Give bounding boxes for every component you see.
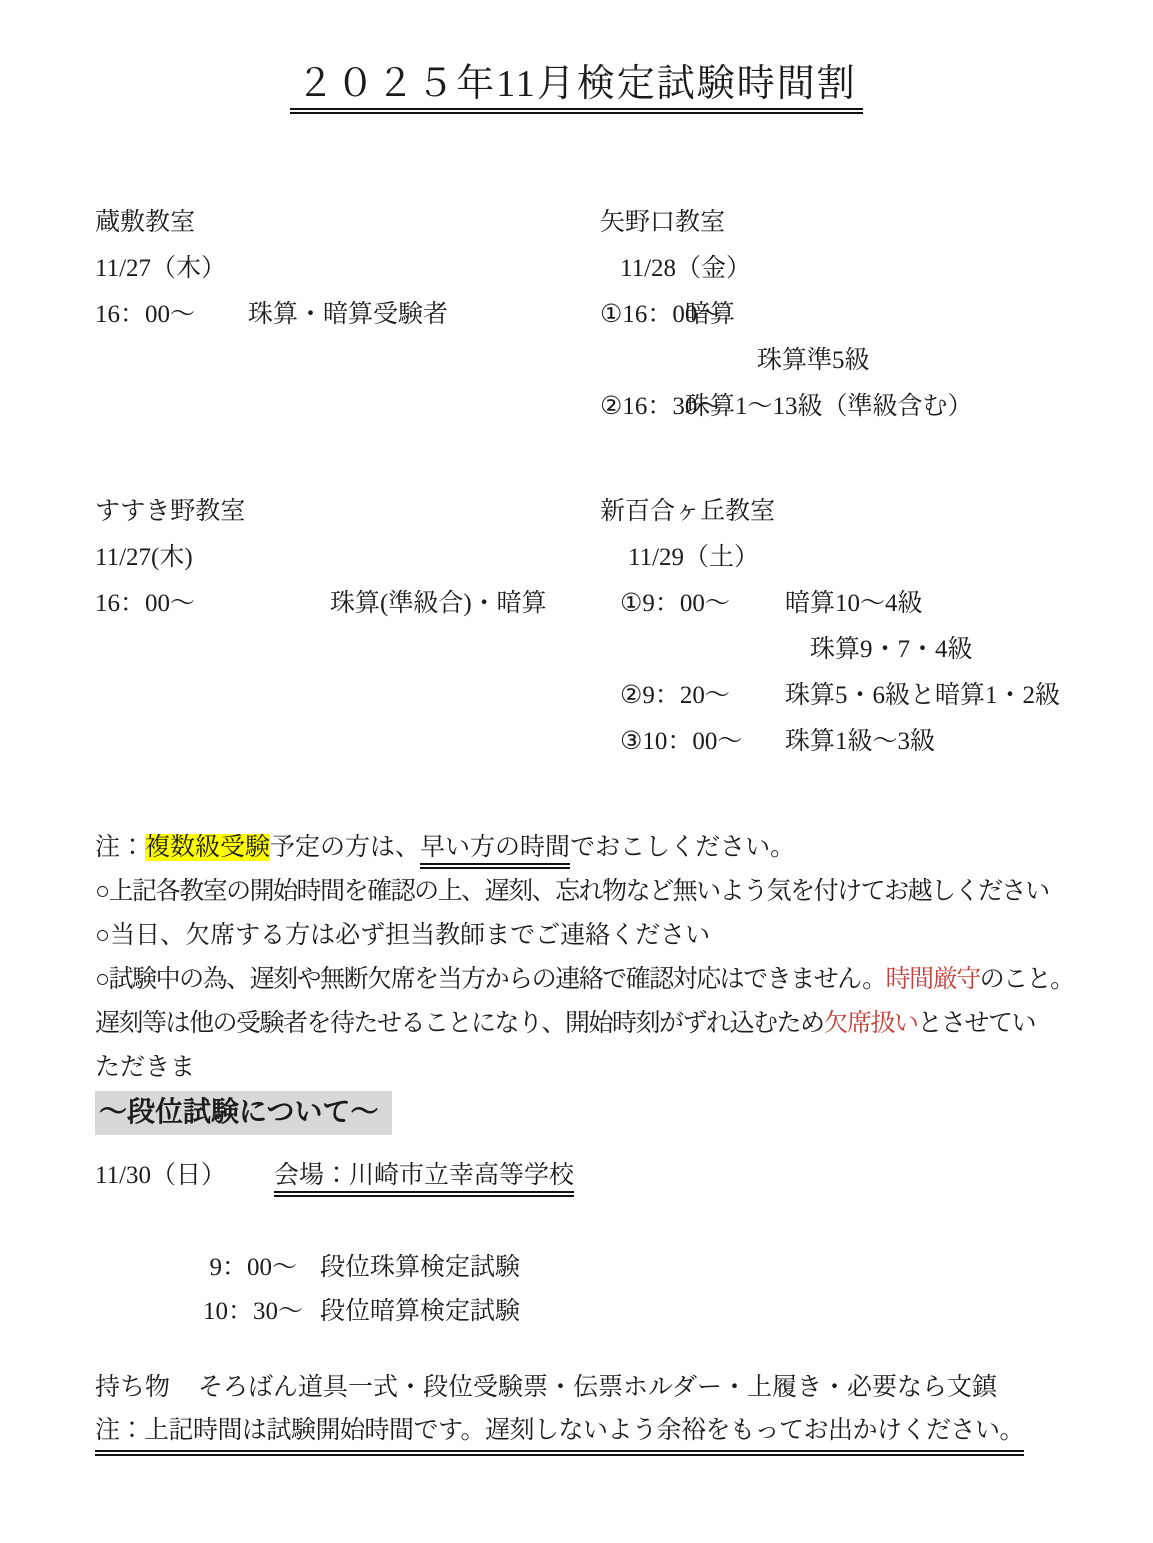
belongings-label: 持ち物: [95, 1374, 170, 1401]
note-line-multiple-grades: 注：複数級受験予定の方は、早い方の時間でおこしください。: [95, 826, 1115, 870]
time-label: 9：00～: [203, 1246, 297, 1290]
subject-label: 段位暗算検定試験: [320, 1290, 520, 1334]
note-suffix: でおこしください。: [570, 834, 795, 861]
note-prefix: 注：: [95, 834, 145, 861]
note-text: 遅刻等は他の受験者を待たせることになり、開始時刻がずれ込むため: [95, 1010, 824, 1037]
time-label: 16：00～: [95, 581, 330, 627]
time-label: ①16：00～: [600, 292, 685, 338]
dan-venue: 会場：川崎市立幸高等学校: [274, 1160, 574, 1197]
schedule-grid-bottom: すすき野教室 11/27(木) 16：00～ 珠算(準級合)・暗算 新百合ヶ丘教…: [95, 489, 1113, 765]
subject-label: 珠算・暗算受験者: [248, 292, 448, 338]
subject-label: 珠算1～13級（準級含む）: [685, 384, 973, 430]
classroom-block-susukino: すすき野教室 11/27(木) 16：00～ 珠算(準級合)・暗算: [95, 489, 600, 765]
subject-label: 暗算10～4級: [785, 581, 923, 627]
classroom-name: 新百合ヶ丘教室: [600, 489, 1113, 535]
classroom-block-yanokuchi: 矢野口教室 11/28（金） ①16：00～ 暗算 珠算準5級 ②16：30～ …: [600, 200, 1113, 430]
note-line-continuation: ただきま: [95, 1046, 1115, 1090]
schedule-grid-top: 蔵敷教室 11/27（木） 16：00～ 珠算・暗算受験者 矢野口教室 11/2…: [95, 200, 1113, 430]
time-label: 10：30～: [203, 1290, 297, 1334]
schedule-row: ②16：30～ 珠算1～13級（準級含む）: [600, 384, 1113, 430]
document-page: ２０２５年11月検定試験時間割 蔵敷教室 11/27（木） 16：00～ 珠算・…: [0, 0, 1153, 1543]
classroom-name: 蔵敷教室: [95, 200, 600, 246]
classroom-name: すすき野教室: [95, 489, 600, 535]
note-line-lateness: 遅刻等は他の受験者を待たせることになり、開始時刻がずれ込むため欠席扱いとさせてい: [95, 1002, 1115, 1046]
schedule-row: ③10：00～ 珠算1級～3級: [600, 719, 1113, 765]
schedule-row: ②9：20～ 珠算5・6級と暗算1・2級: [600, 673, 1113, 719]
yellow-highlight-text: 複数級受験: [145, 834, 270, 861]
dan-time-row: 9：00～ 段位珠算検定試験: [203, 1246, 520, 1290]
time-label: 16：00～: [95, 292, 248, 338]
dan-times-block: 9：00～ 段位珠算検定試験 10：30～ 段位暗算検定試験: [203, 1246, 520, 1334]
dan-date: 11/30（日）: [95, 1162, 226, 1189]
note-line-absence-contact: ○当日、欠席する方は必ず担当教師までご連絡ください: [95, 914, 1115, 958]
classroom-name: 矢野口教室: [600, 200, 1113, 246]
note-line-punctuality: ○試験中の為、遅刻や無断欠席を当方からの連絡で確認対応はできません。時間厳守のこ…: [95, 958, 1115, 1002]
dan-time-row: 10：30～ 段位暗算検定試験: [203, 1290, 520, 1334]
time-label: ②16：30～: [600, 384, 685, 430]
note-text: とさせてい: [918, 1010, 1036, 1037]
classroom-block-shinyurigaoka: 新百合ヶ丘教室 11/29（土） ①9：00～ 暗算10～4級 珠算9・7・4級…: [600, 489, 1113, 765]
subject-label: 珠算9・7・4級: [600, 627, 1113, 673]
belongings-text: そろばん道具一式・段位受験票・伝票ホルダー・上履き・必要なら文鎮: [198, 1374, 997, 1401]
classroom-date: 11/27（木）: [95, 246, 600, 292]
note-text: のこと。: [980, 966, 1074, 993]
notes-section: 注：複数級受験予定の方は、早い方の時間でおこしください。 ○上記各教室の開始時間…: [95, 826, 1115, 1138]
subject-label: 暗算: [685, 292, 735, 338]
dan-section-heading-line: ～段位試験について～: [95, 1090, 1115, 1138]
schedule-row: ①9：00～ 暗算10～4級: [600, 581, 1113, 627]
dan-section-heading: ～段位試験について～: [95, 1091, 392, 1135]
subject-label: 珠算1級～3級: [785, 719, 935, 765]
subject-label: 段位珠算検定試験: [320, 1246, 520, 1290]
subject-label: 珠算5・6級と暗算1・2級: [785, 673, 1060, 719]
schedule-row: 16：00～ 珠算(準級合)・暗算: [95, 581, 600, 627]
note-text: ○試験中の為、遅刻や無断欠席を当方からの連絡で確認対応はできません。: [95, 966, 886, 993]
note-line-start-time: ○上記各教室の開始時間を確認の上、遅刻、忘れ物など無いよう気を付けてお越しくださ…: [95, 870, 1115, 914]
schedule-row: ①16：00～ 暗算: [600, 292, 1113, 338]
classroom-date: 11/29（土）: [600, 535, 1113, 581]
classroom-date: 11/28（金）: [600, 246, 1113, 292]
note-mid: 予定の方は、: [270, 834, 420, 861]
classroom-date: 11/27(木): [95, 535, 600, 581]
red-emphasis-text: 時間厳守: [886, 966, 980, 993]
final-note-line: 注：上記時間は試験開始時間です。遅刻しないよう余裕をもってお出かけください。: [95, 1412, 1024, 1456]
dan-date-line: 11/30（日）会場：川崎市立幸高等学校: [95, 1158, 574, 1197]
schedule-row: 16：00～ 珠算・暗算受験者: [95, 292, 600, 338]
page-title: ２０２５年11月検定試験時間割: [0, 52, 1153, 107]
time-label: ①9：00～: [620, 581, 785, 627]
subject-label: 珠算(準級合)・暗算: [330, 581, 547, 627]
red-emphasis-text: 欠席扱い: [824, 1010, 918, 1037]
double-underline-text: 早い方の時間: [420, 832, 570, 869]
page-title-text: ２０２５年11月検定試験時間割: [290, 63, 863, 114]
belongings-line: 持ち物そろばん道具一式・段位受験票・伝票ホルダー・上履き・必要なら文鎮: [95, 1370, 997, 1406]
time-label: ②9：20～: [620, 673, 785, 719]
time-label: ③10：00～: [620, 719, 785, 765]
final-note-text: 注：上記時間は試験開始時間です。遅刻しないよう余裕をもってお出かけください。: [95, 1412, 1024, 1456]
classroom-block-kurashiki: 蔵敷教室 11/27（木） 16：00～ 珠算・暗算受験者: [95, 200, 600, 430]
subject-label: 珠算準5級: [600, 338, 1113, 384]
